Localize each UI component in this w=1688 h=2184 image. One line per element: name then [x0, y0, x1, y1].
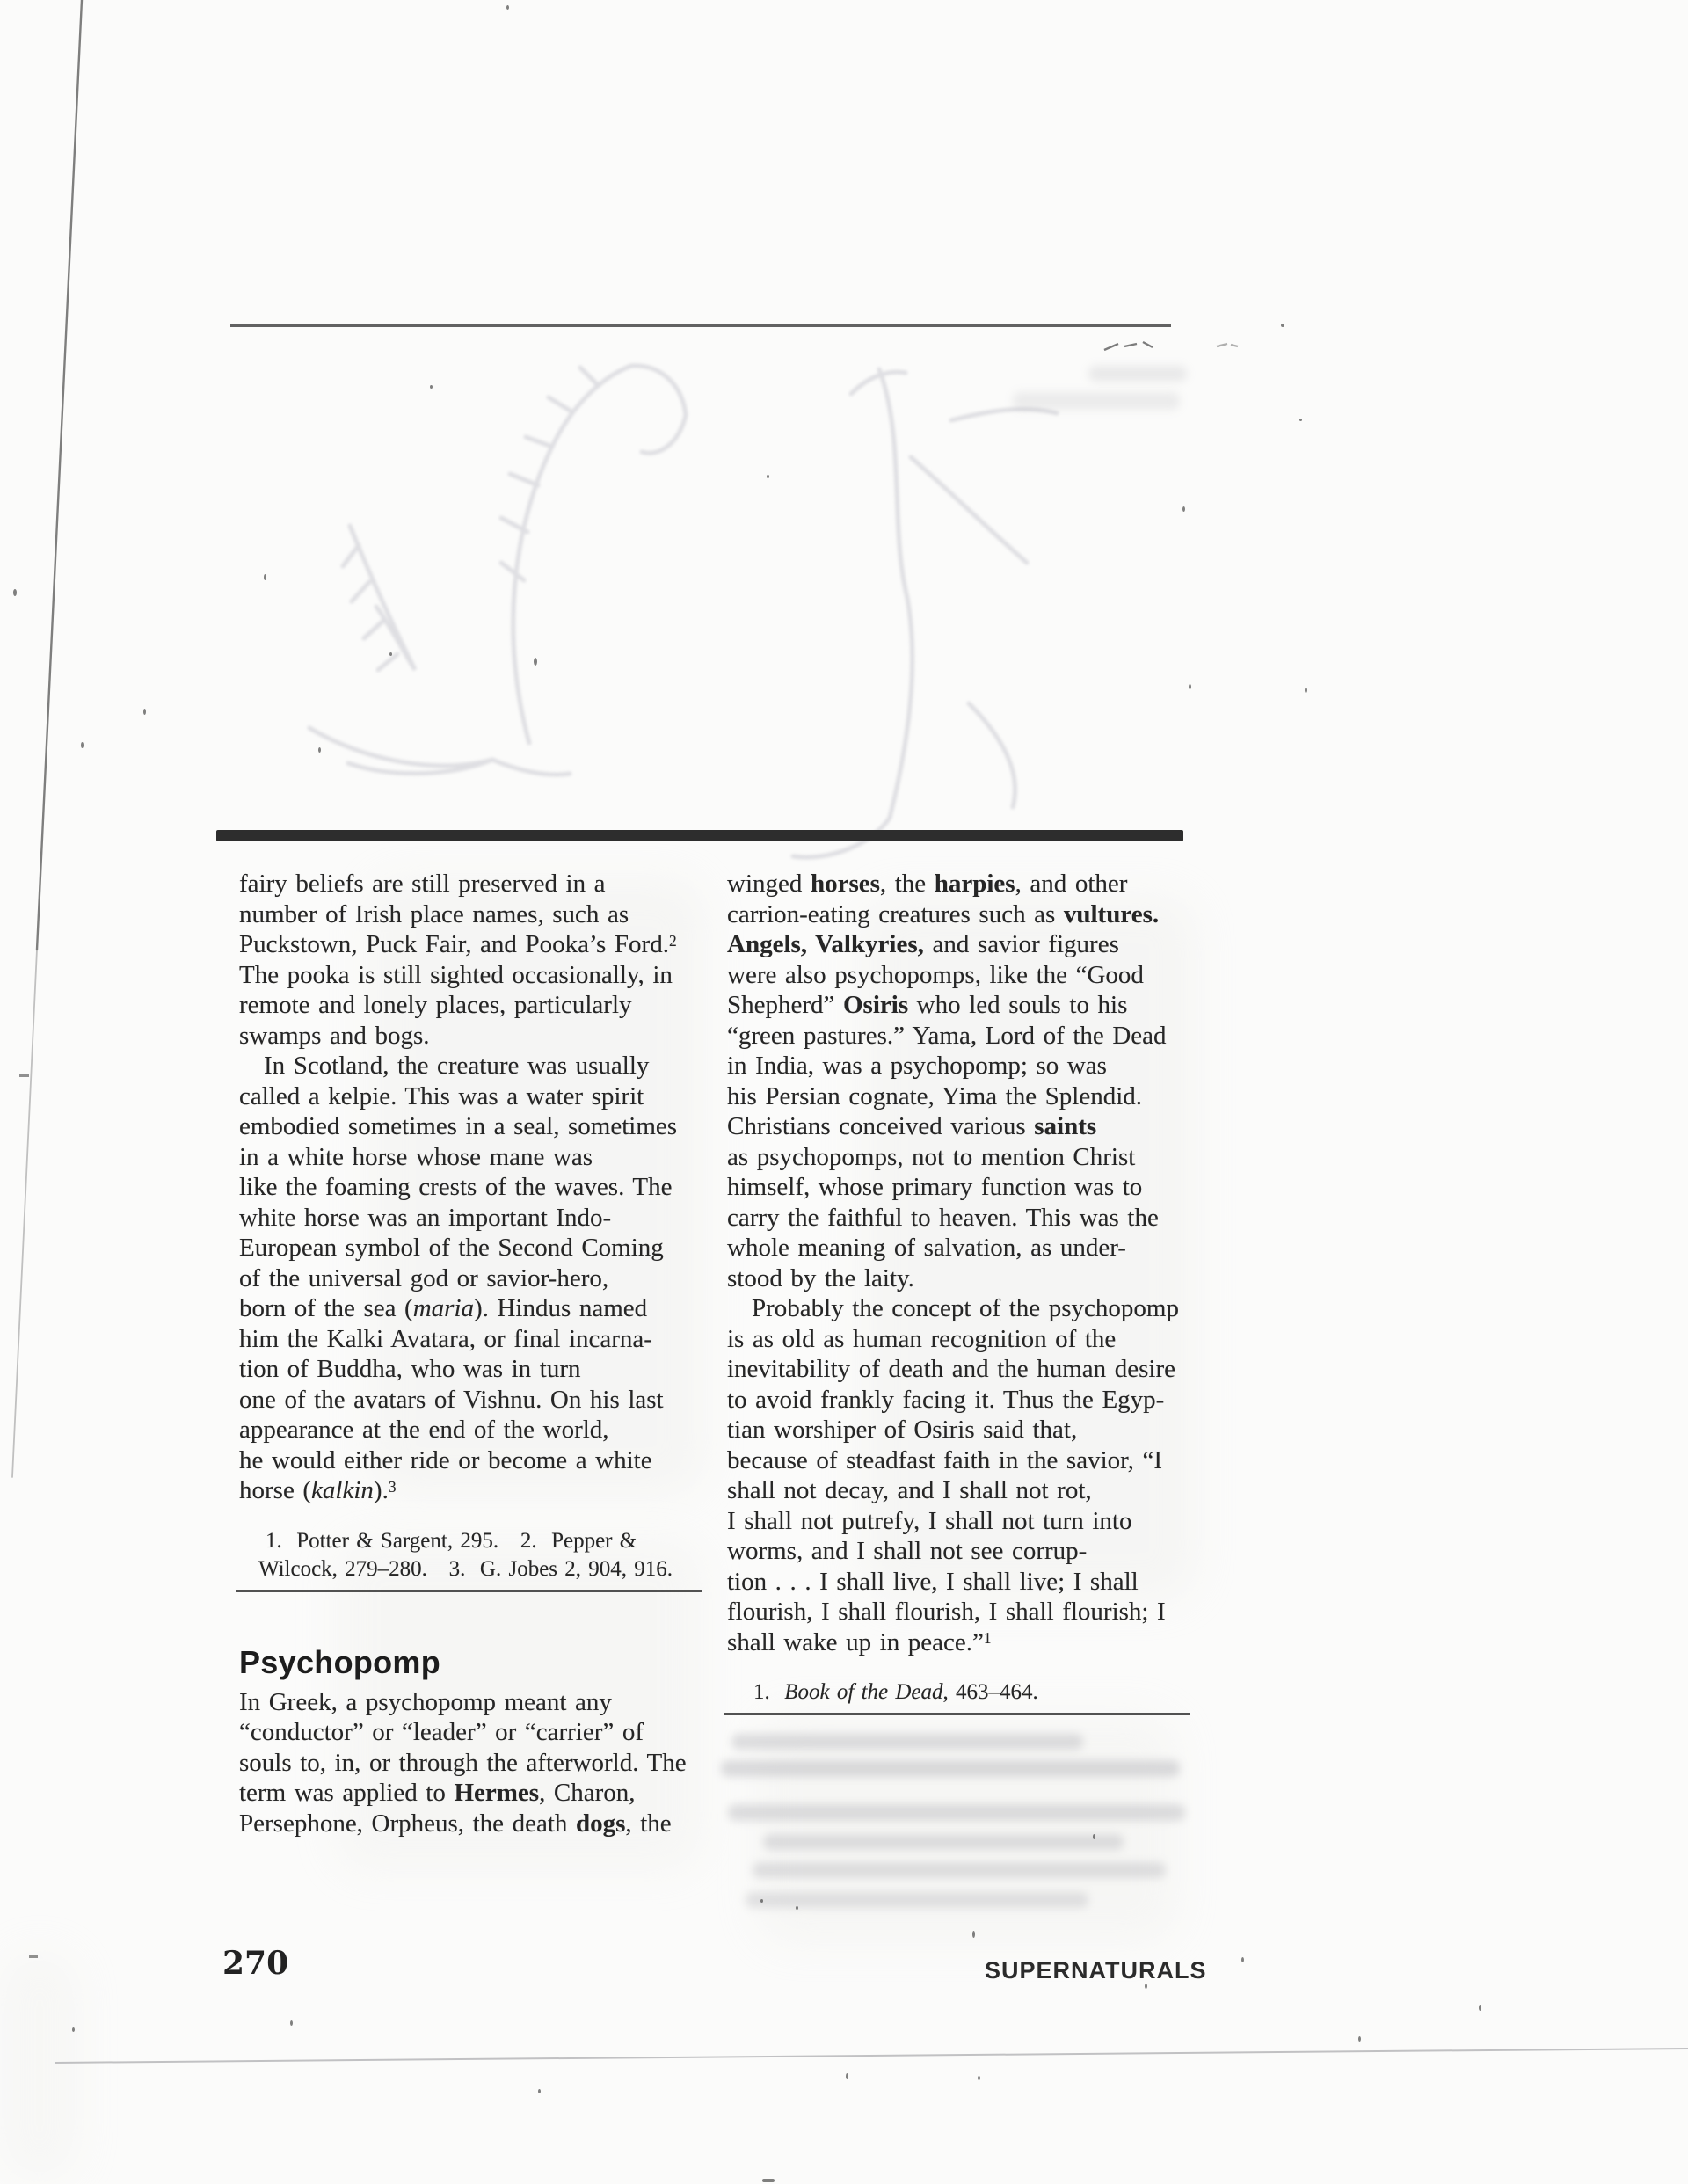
text-run: Shepherd”	[727, 991, 843, 1019]
text-run: were also psychopomps, like the “Good	[727, 961, 1144, 989]
text-run: and savior figures	[924, 930, 1119, 958]
text-line: Persephone, Orpheus, the death dogs, the	[239, 1809, 702, 1839]
text-line: number of Irish place names, such as	[239, 899, 702, 930]
text-run: number of Irish place names, such as	[239, 900, 629, 928]
text-line: European symbol of the Second Coming	[239, 1233, 702, 1263]
text-line: appearance at the end of the world,	[239, 1415, 702, 1445]
text-line: white horse was an important Indo-	[239, 1203, 702, 1234]
text-line: tion . . . I shall live, I shall live; I…	[727, 1567, 1190, 1598]
text-run: 1. Potter & Sargent, 295. 2. Pepper &	[266, 1529, 637, 1553]
text-run: winged	[727, 870, 811, 898]
text-line: fairy beliefs are still preserved in a	[239, 869, 702, 899]
text-run: dogs	[576, 1809, 625, 1838]
page-tone	[0, 1952, 79, 2180]
text-run: Probably the concept of the psychopomp	[752, 1294, 1179, 1322]
text-run: , 463–464.	[943, 1680, 1038, 1704]
text-line: of the universal god or savior-hero,	[239, 1263, 702, 1294]
text-line: tian worshiper of Osiris said that,	[727, 1415, 1190, 1445]
text-run: European symbol of the Second Coming	[239, 1234, 664, 1262]
text-line: horse (kalkin).3	[239, 1475, 702, 1506]
text-line: carrion-eating creatures such as vulture…	[727, 899, 1190, 930]
text-line: to avoid frankly facing it. Thus the Egy…	[727, 1385, 1190, 1416]
text-line: term was applied to Hermes, Charon,	[239, 1778, 702, 1809]
text-run: souls to, in, or through the afterworld.…	[239, 1749, 687, 1777]
text-run: who led souls to his	[908, 991, 1127, 1019]
bleed-through-text-line	[728, 1804, 1185, 1821]
text-line: like the foaming crests of the waves. Th…	[239, 1172, 702, 1203]
bleed-through-text-line	[721, 1760, 1180, 1777]
text-line: tion of Buddha, who was in turn	[239, 1354, 702, 1385]
text-line: 1. Book of the Dead, 463–464.	[727, 1678, 1190, 1707]
text-run: in India, was a psychopomp; so was	[727, 1052, 1107, 1080]
footnote-reference: 2	[669, 932, 677, 950]
text-run: shall not decay, and I shall not rot,	[727, 1476, 1092, 1504]
text-run: appearance at the end of the world,	[239, 1416, 609, 1444]
bleed-through-text-line	[731, 1734, 1083, 1750]
left-column: fairy beliefs are still preserved in anu…	[239, 869, 702, 1838]
text-line: him the Kalki Avatara, or final incarna-	[239, 1324, 702, 1355]
text-run: saints	[1034, 1112, 1096, 1140]
text-line: embodied sometimes in a seal, sometimes	[239, 1111, 702, 1142]
text-line: his Persian cognate, Yima the Splendid.	[727, 1081, 1190, 1112]
text-run: carrion-eating creatures such as	[727, 900, 1064, 928]
text-run: In Scotland, the creature was usually	[264, 1052, 649, 1080]
bleed-through-smudge	[1013, 392, 1180, 410]
text-run: called a kelpie. This was a water spirit	[239, 1082, 644, 1110]
text-run: white horse was an important Indo-	[239, 1204, 611, 1232]
text-run: maria	[413, 1294, 474, 1322]
text-run: is as old as human recognition of the	[727, 1325, 1116, 1353]
text-run: , and other	[1015, 870, 1128, 898]
text-run: carry the faithful to heaven. This was t…	[727, 1204, 1159, 1232]
text-run: because of steadfast faith in the savior…	[727, 1446, 1162, 1474]
text-line: Probably the concept of the psychopomp	[727, 1293, 1190, 1324]
paragraph: In Greek, a psychopomp meant any“conduct…	[239, 1687, 702, 1839]
text-line: whole meaning of salvation, as under-	[727, 1233, 1190, 1263]
text-line: were also psychopomps, like the “Good	[727, 960, 1190, 991]
text-line: winged horses, the harpies, and other	[727, 869, 1190, 899]
text-line: The pooka is still sighted occasionally,…	[239, 960, 702, 991]
text-run: himself, whose primary function was to	[727, 1173, 1142, 1201]
text-run: , Charon,	[539, 1779, 635, 1807]
text-run: one of the avatars of Vishnu. On his las…	[239, 1386, 664, 1414]
text-run: , the	[625, 1809, 671, 1838]
text-run: tian worshiper of Osiris said that,	[727, 1416, 1077, 1444]
text-run: fairy beliefs are still preserved in a	[239, 870, 606, 898]
text-run: vultures.	[1064, 900, 1159, 928]
paragraph: In Scotland, the creature was usuallycal…	[239, 1051, 702, 1506]
text-line: is as old as human recognition of the	[727, 1324, 1190, 1355]
text-run: swamps and bogs.	[239, 1022, 430, 1050]
text-line: one of the avatars of Vishnu. On his las…	[239, 1385, 702, 1416]
bleed-through-smudge	[1088, 366, 1187, 382]
text-run: inevitability of death and the human des…	[727, 1355, 1175, 1383]
text-run: Wilcock, 279–280. 3. G. Jobes 2, 904, 91…	[258, 1557, 673, 1581]
text-run: Angels, Valkyries,	[727, 930, 924, 958]
text-run: Persephone, Orpheus, the death	[239, 1809, 576, 1838]
text-run: harpies	[935, 870, 1015, 898]
text-run: shall wake up in peace.”	[727, 1628, 984, 1656]
text-line: In Greek, a psychopomp meant any	[239, 1687, 702, 1718]
text-line: called a kelpie. This was a water spirit	[239, 1081, 702, 1112]
text-run: ). Hindus named	[474, 1294, 647, 1322]
text-line: Christians conceived various saints	[727, 1111, 1190, 1142]
text-run: Osiris	[843, 991, 908, 1019]
text-run: tion . . . I shall live, I shall live; I…	[727, 1568, 1139, 1596]
text-line: swamps and bogs.	[239, 1021, 702, 1052]
text-run: to avoid frankly facing it. Thus the Egy…	[727, 1386, 1164, 1414]
text-line: as psychopomps, not to mention Christ	[727, 1142, 1190, 1173]
text-run: remote and lonely places, particularly	[239, 991, 632, 1019]
text-run: whole meaning of salvation, as under-	[727, 1234, 1126, 1262]
text-run: stood by the laity.	[727, 1264, 914, 1292]
text-line: worms, and I shall not see corrup-	[727, 1536, 1190, 1567]
text-run: of the universal god or savior-hero,	[239, 1264, 608, 1292]
footnote-reference: 3	[389, 1478, 397, 1496]
text-run: him the Kalki Avatara, or final incarna-	[239, 1325, 652, 1353]
text-line: Puckstown, Puck Fair, and Pooka’s Ford.2	[239, 929, 702, 960]
footnote-block: 1. Potter & Sargent, 295. 2. Pepper &Wil…	[239, 1527, 702, 1583]
text-line: Angels, Valkyries, and savior figures	[727, 929, 1190, 960]
bleed-through-text-line	[753, 1862, 1166, 1878]
paragraph: Probably the concept of the psychopompis…	[727, 1293, 1190, 1657]
footnote-reference: 1	[984, 1629, 992, 1647]
text-run: Hermes	[454, 1779, 539, 1807]
footnote-block: 1. Book of the Dead, 463–464.	[727, 1678, 1190, 1707]
paragraph: winged horses, the harpies, and othercar…	[727, 869, 1190, 1293]
text-line: Shepherd” Osiris who led souls to his	[727, 990, 1190, 1021]
text-run: 1.	[753, 1680, 784, 1704]
text-line: he would either ride or become a white	[239, 1445, 702, 1476]
text-line: souls to, in, or through the afterworld.…	[239, 1748, 702, 1779]
text-line: 1. Potter & Sargent, 295. 2. Pepper &	[239, 1527, 702, 1555]
text-run: “conductor” or “leader” or “carrier” of	[239, 1718, 644, 1746]
bleed-through-text-line	[763, 1834, 1124, 1850]
text-run: like the foaming crests of the waves. Th…	[239, 1173, 672, 1201]
text-line: “green pastures.” Yama, Lord of the Dead	[727, 1021, 1190, 1052]
text-line: flourish, I shall flourish, I shall flou…	[727, 1597, 1190, 1627]
text-line: Wilcock, 279–280. 3. G. Jobes 2, 904, 91…	[239, 1555, 702, 1583]
text-run: as psychopomps, not to mention Christ	[727, 1143, 1135, 1171]
text-line: in a white horse whose mane was	[239, 1142, 702, 1173]
text-line: in India, was a psychopomp; so was	[727, 1051, 1190, 1081]
text-run: , the	[880, 870, 935, 898]
scanned-book-page: fairy beliefs are still preserved in anu…	[0, 0, 1688, 2184]
text-line: inevitability of death and the human des…	[727, 1354, 1190, 1385]
page-tone	[756, 1714, 1178, 1943]
text-line: stood by the laity.	[727, 1263, 1190, 1294]
section-divider-rule	[216, 830, 1183, 841]
text-line: because of steadfast faith in the savior…	[727, 1445, 1190, 1476]
text-run: Christians conceived various	[727, 1112, 1034, 1140]
section-heading: Psychopomp	[239, 1643, 702, 1682]
text-line: shall not decay, and I shall not rot,	[727, 1475, 1190, 1506]
text-run: horse (	[239, 1476, 311, 1504]
text-line: remote and lonely places, particularly	[239, 990, 702, 1021]
right-column: winged horses, the harpies, and othercar…	[727, 869, 1190, 1715]
text-run: he would either ride or become a white	[239, 1446, 652, 1474]
text-run: “green pastures.” Yama, Lord of the Dead	[727, 1022, 1167, 1050]
text-line: “conductor” or “leader” or “carrier” of	[239, 1717, 702, 1748]
text-run: horses	[811, 870, 880, 898]
text-run: ).	[374, 1476, 389, 1504]
text-line: carry the faithful to heaven. This was t…	[727, 1203, 1190, 1234]
text-run: I shall not putrefy, I shall not turn in…	[727, 1507, 1131, 1535]
text-run: Puckstown, Puck Fair, and Pooka’s Ford.	[239, 930, 669, 958]
footnote-rule	[236, 1590, 702, 1592]
text-run: The pooka is still sighted occasionally,…	[239, 961, 673, 989]
text-run: in a white horse whose mane was	[239, 1143, 593, 1171]
text-run: kalkin	[311, 1476, 374, 1504]
page-number: 270	[222, 1945, 288, 1982]
text-line: born of the sea (maria). Hindus named	[239, 1293, 702, 1324]
text-line: himself, whose primary function was to	[727, 1172, 1190, 1203]
text-run: born of the sea (	[239, 1294, 413, 1322]
text-run: worms, and I shall not see corrup-	[727, 1537, 1087, 1565]
text-run: tion of Buddha, who was in turn	[239, 1355, 580, 1383]
text-run: embodied sometimes in a seal, sometimes	[239, 1112, 677, 1140]
text-run: flourish, I shall flourish, I shall flou…	[727, 1598, 1166, 1626]
text-line: I shall not putrefy, I shall not turn in…	[727, 1506, 1190, 1537]
paragraph: fairy beliefs are still preserved in anu…	[239, 869, 702, 1051]
running-header: SUPERNATURALS	[985, 1957, 1207, 1984]
footnote-rule	[724, 1713, 1190, 1715]
top-rule	[230, 324, 1171, 327]
text-run: term was applied to	[239, 1779, 454, 1807]
text-line: shall wake up in peace.”1	[727, 1627, 1190, 1658]
text-run: Book of the Dead	[784, 1680, 942, 1704]
text-run: his Persian cognate, Yima the Splendid.	[727, 1082, 1142, 1110]
text-line: In Scotland, the creature was usually	[239, 1051, 702, 1081]
text-run: In Greek, a psychopomp meant any	[239, 1688, 612, 1716]
